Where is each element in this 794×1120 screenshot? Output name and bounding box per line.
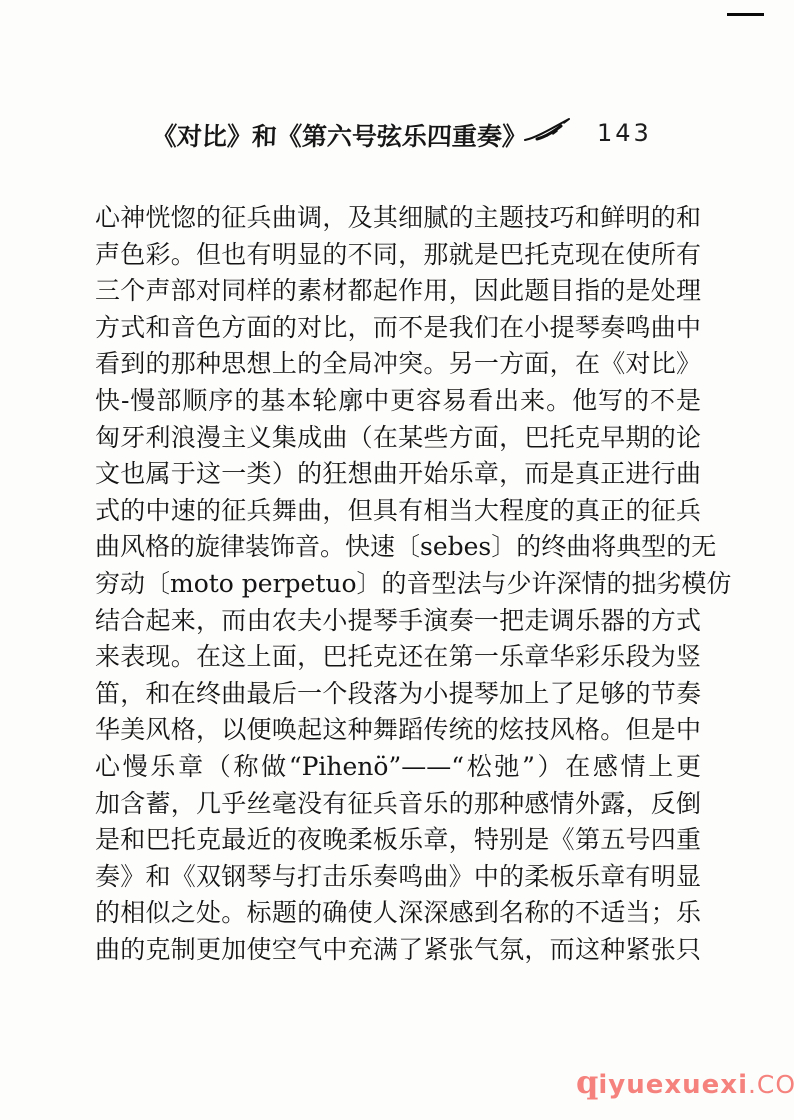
text-line: 结合起来，而由农夫小提琴手演奏一把走调乐器的方式: [95, 603, 701, 640]
body-text: 心神恍惚的征兵曲调，及其细腻的主题技巧和鲜明的和声色彩。但也有明显的不同，那就是…: [95, 200, 701, 968]
site-watermark: qiyuexuexi.COM: [576, 1066, 794, 1100]
watermark-name: iyuexuexi: [598, 1070, 748, 1100]
text-line: 式的中速的征兵舞曲，但具有相当大程度的真正的征兵: [95, 493, 701, 530]
text-line: 看到的那种思想上的全局冲突。另一方面，在《对比》: [95, 346, 701, 383]
text-line: 方式和音色方面的对比，而不是我们在小提琴奏鸣曲中: [95, 310, 701, 347]
text-line: 曲风格的旋律装饰音。快速〔sebes〕的终曲将典型的无: [95, 529, 701, 566]
text-line: 曲的克制更加使空气中充满了紧张气氛，而这种紧张只: [95, 932, 701, 969]
book-page: 《对比》和《第六号弦乐四重奏》 143 心神恍惚的征兵曲调，及其细腻的主题技巧和…: [0, 0, 794, 1120]
watermark-prefix: q: [576, 1063, 598, 1101]
text-line: 华美风格，以便唤起这种舞蹈传统的炫技风格。但是中: [95, 712, 701, 749]
page-number: 143: [597, 119, 652, 147]
text-line: 三个声部对同样的素材都起作用，因此题目指的是处理: [95, 273, 701, 310]
text-line: 的相似之处。标题的确使人深深感到名称的不适当；乐: [95, 895, 701, 932]
text-line: 声色彩。但也有明显的不同，那就是巴托克现在使所有: [95, 237, 701, 274]
text-line: 快-慢部顺序的基本轮廓中更容易看出来。他写的不是: [95, 383, 701, 420]
text-line: 心神恍惚的征兵曲调，及其细腻的主题技巧和鲜明的和: [95, 200, 701, 237]
text-line: 匈牙利浪漫主义集成曲（在某些方面，巴托克早期的论: [95, 420, 701, 457]
text-line: 加含蓄，几乎丝毫没有征兵音乐的那种感情外露，反倒: [95, 786, 701, 823]
running-header-title: 《对比》和《第六号弦乐四重奏》: [151, 117, 527, 153]
text-line: 来表现。在这上面，巴托克还在第一乐章华彩乐段为竖: [95, 639, 701, 676]
text-line: 穷动〔moto perpetuo〕的音型法与少许深情的拙劣模仿: [95, 566, 701, 603]
text-line: 是和巴托克最近的夜晚柔板乐章，特别是《第五号四重: [95, 822, 701, 859]
corner-rule-divider: [727, 13, 764, 16]
text-line: 奏》和《双钢琴与打击乐奏鸣曲》中的柔板乐章有明显: [95, 859, 701, 896]
text-line: 心慢乐章（称做“Pihenö”——“松弛”）在感情上更: [95, 749, 701, 786]
text-line: 笛，和在终曲最后一个段落为小提琴加上了足够的节奏: [95, 676, 701, 713]
text-line: 文也属于这一类）的狂想曲开始乐章，而是真正进行曲: [95, 456, 701, 493]
watermark-suffix: .COM: [748, 1070, 794, 1099]
calligraphic-flourish-icon: [523, 114, 573, 144]
